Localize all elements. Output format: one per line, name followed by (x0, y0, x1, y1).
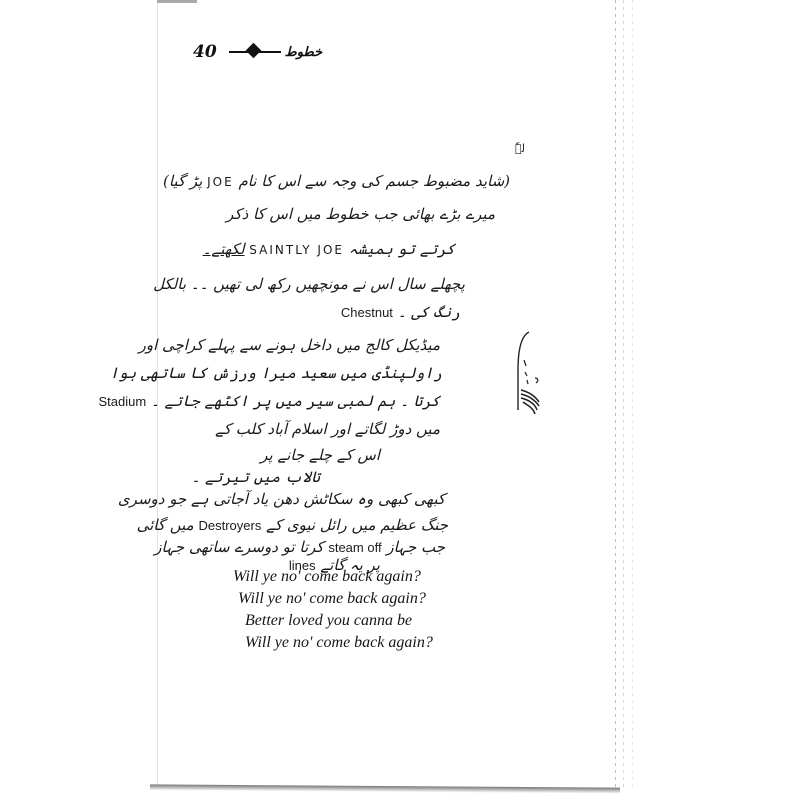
latin-word: Destroyers (198, 518, 261, 533)
page-top-edge (157, 0, 197, 3)
running-title: خطوط (285, 45, 322, 60)
urdu-text: میڈیکل کالج میں داخل ہونے سے پہلے کراچی … (139, 336, 440, 354)
urdu-text: جنگ عظیم میں رائل نیوی کے (266, 516, 448, 534)
verse-line-1: Will ye no' come back again? (233, 568, 421, 586)
page-right-edge-3 (632, 0, 633, 790)
letter-line-1: (شاید مضبوط جسم کی وجہ سے اس کا نام JOE … (163, 172, 510, 190)
letter-line-2: میرے بڑے بھائی جب خطوط میں اس کا ذکر (226, 205, 495, 223)
signature-icon (515, 330, 545, 420)
urdu-text: میں دوڑ لگاتے اور اسلام آباد کلب کے (215, 420, 440, 438)
urdu-text: راولپنڈی میں سعید میرا ورزش کا ساتھی ہوا (110, 364, 442, 382)
urdu-text: پچھلے سال اس نے مونچھیں رکھ لی تھیں ۔۔ ب… (153, 275, 465, 293)
latin-word: SAINTLY JOE (249, 243, 344, 257)
letter-line-4: پچھلے سال اس نے مونچھیں رکھ لی تھیں ۔۔ ب… (153, 275, 465, 293)
urdu-text: میں گائی (137, 516, 194, 534)
letter-line-6: میڈیکل کالج میں داخل ہونے سے پہلے کراچی … (139, 336, 440, 354)
urdu-text: کبھی کبھی وہ سکاٹش دھن یاد آجاتی ہے جو د… (118, 490, 445, 508)
verse-line-2: Will ye no' come back again? (238, 590, 426, 608)
verse-line-3: Better loved you canna be (245, 612, 412, 630)
urdu-text: جب جہاز (386, 538, 445, 556)
letter-line-7: راولپنڈی میں سعید میرا ورزش کا ساتھی ہوا (110, 364, 442, 382)
page-right-edge-2 (623, 0, 624, 790)
urdu-text: کرتا تو دوسرے ساتھی جہاز (154, 538, 323, 556)
margin-mark: لےٗ (515, 142, 525, 155)
page-number: 40 (193, 42, 217, 62)
urdu-text: رنگ کی ۔ (398, 303, 460, 321)
urdu-text: اس کے چلے جانے پر (260, 446, 380, 464)
latin-word: steam off (328, 540, 381, 555)
running-header: 40 خطوط (193, 40, 322, 64)
latin-word: Chestnut (341, 305, 393, 320)
scanned-book-page-canvas: 40 خطوط لےٗ (شاید مضبوط جسم کی وجہ سے اس… (0, 0, 800, 800)
urdu-text: پڑ گیا) (163, 172, 202, 190)
urdu-text: میرے بڑے بھائی جب خطوط میں اس کا ذکر (226, 205, 495, 223)
letter-line-8: کرتا ۔ ہم لمبی سیر میں پر اکٹھے جاتے ۔ S… (99, 392, 441, 410)
latin-word: JOE (207, 175, 234, 189)
letter-line-5: رنگ کی ۔ Chestnut (341, 303, 460, 321)
letter-line-11: تالاب میں تیرتے ۔ (191, 468, 320, 486)
page-right-edge (615, 0, 616, 790)
urdu-text: کرتا ۔ ہم لمبی سیر میں پر اکٹھے جاتے ۔ (151, 392, 440, 410)
urdu-text: لکھتے۔ (203, 240, 245, 258)
letter-line-14: جب جہاز steam off کرتا تو دوسرے ساتھی جہ… (154, 538, 445, 556)
letter-line-3: کرتے تو ہمیشہ SAINTLY JOE لکھتے۔ (203, 240, 455, 258)
latin-word: Stadium (99, 394, 147, 409)
letter-line-12: کبھی کبھی وہ سکاٹش دھن یاد آجاتی ہے جو د… (118, 490, 445, 508)
ornament-diamond (245, 43, 261, 59)
verse-line-4: Will ye no' come back again? (245, 634, 433, 652)
letter-line-9: میں دوڑ لگاتے اور اسلام آباد کلب کے (215, 420, 440, 438)
diamond-ornament-icon (229, 45, 281, 59)
urdu-text: (شاید مضبوط جسم کی وجہ سے اس کا نام (238, 172, 510, 190)
letter-line-10: اس کے چلے جانے پر (260, 446, 380, 464)
urdu-text: تالاب میں تیرتے ۔ (191, 468, 320, 486)
letter-line-13: جنگ عظیم میں رائل نیوی کے Destroyers میں… (137, 516, 448, 534)
urdu-text: کرتے تو ہمیشہ (349, 240, 455, 258)
